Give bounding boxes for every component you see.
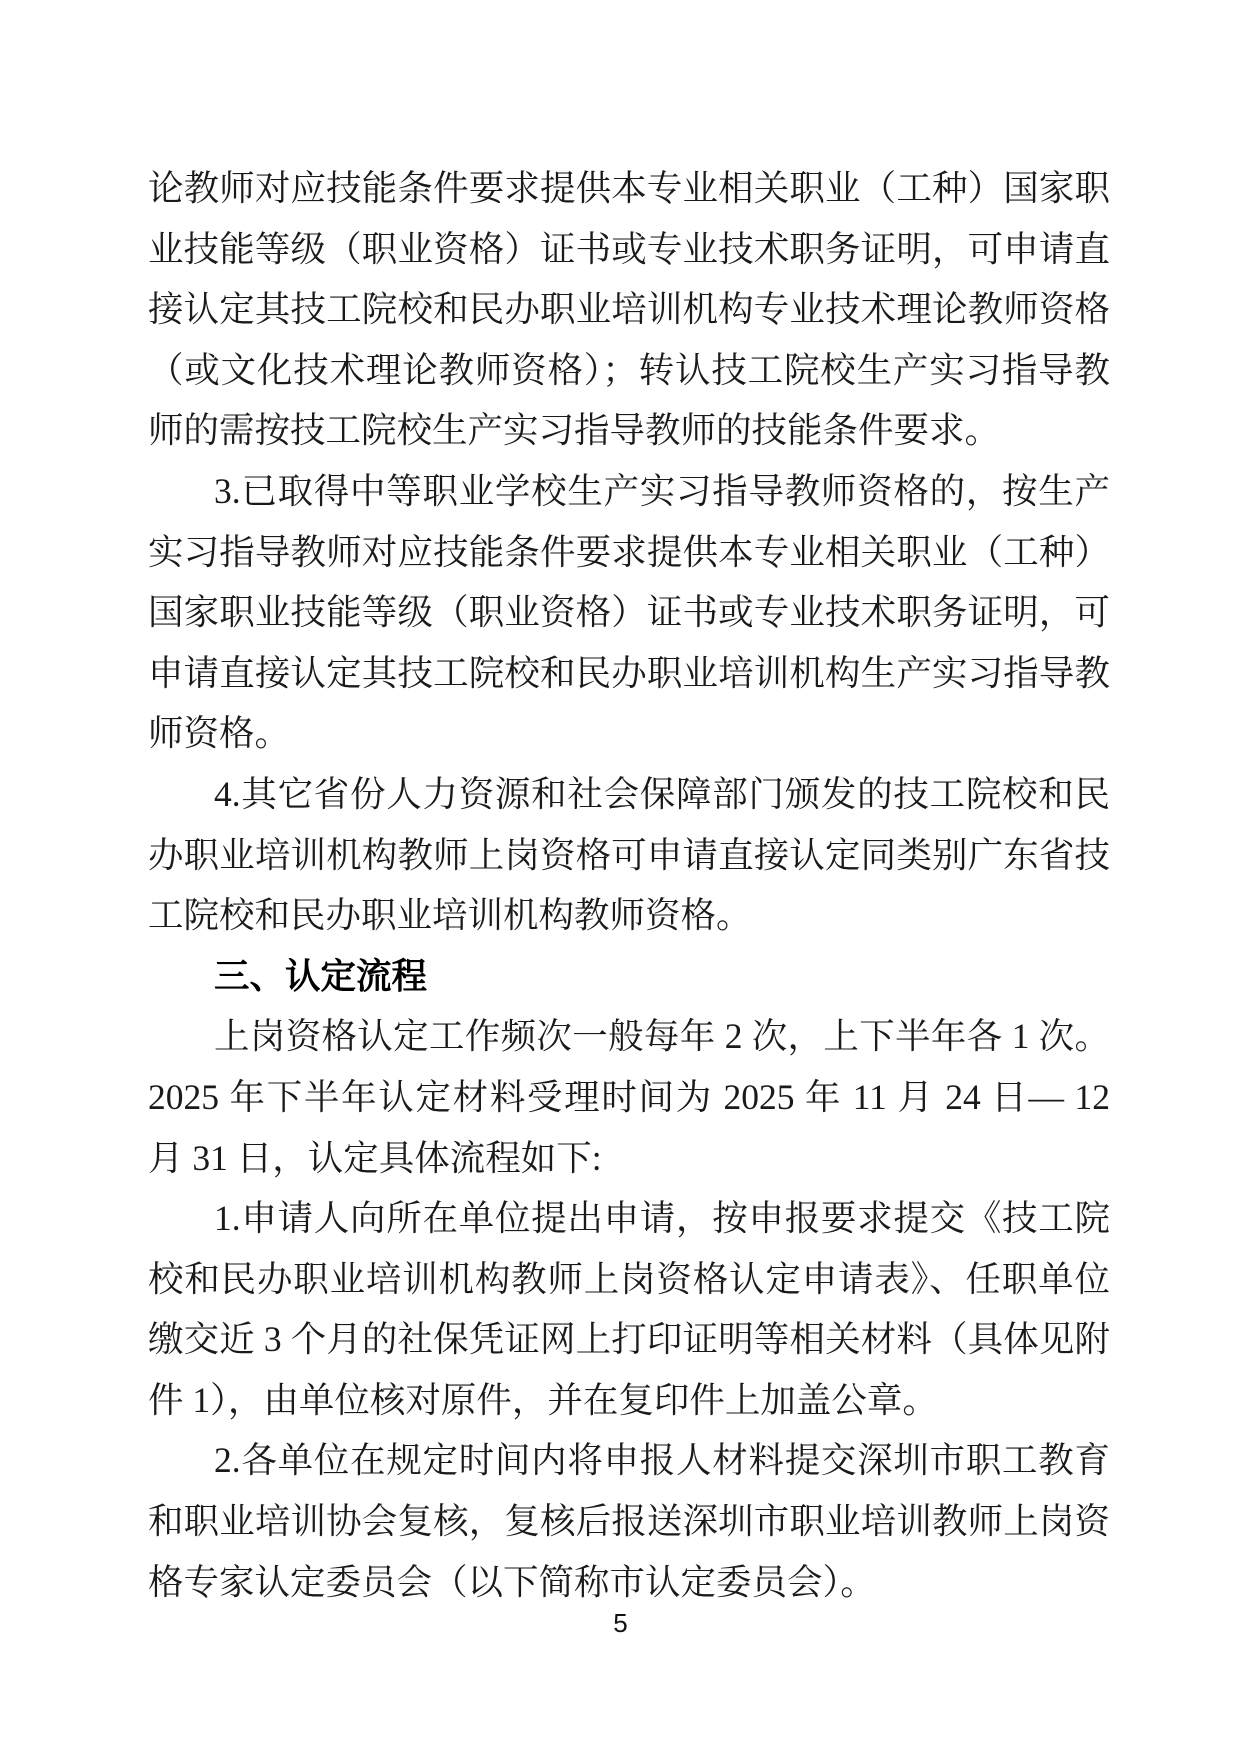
text-line: 师资格。: [148, 703, 1110, 764]
document-content: 论教师对应技能条件要求提供本专业相关职业（工种）国家职 业技能等级（职业资格）证…: [148, 158, 1110, 1612]
text-line: 和职业培训协会复核，复核后报送深圳市职业培训教师上岗资: [148, 1491, 1110, 1552]
text-line: 师的需按技工院校生产实习指导教师的技能条件要求。: [148, 400, 1110, 461]
text-line: 3.已取得中等职业学校生产实习指导教师资格的，按生产: [148, 461, 1110, 522]
document-page: 论教师对应技能条件要求提供本专业相关职业（工种）国家职 业技能等级（职业资格）证…: [0, 0, 1241, 1754]
text-line: 业技能等级（职业资格）证书或专业技术职务证明，可申请直: [148, 219, 1110, 280]
text-line: 2.各单位在规定时间内将申报人材料提交深圳市职工教育: [148, 1430, 1110, 1491]
text-line: 接认定其技工院校和民办职业培训机构专业技术理论教师资格: [148, 279, 1110, 340]
section-heading: 三、认定流程: [148, 946, 1110, 1007]
text-line: 月 31 日，认定具体流程如下:: [148, 1128, 1110, 1189]
text-line: 2025 年下半年认定材料受理时间为 2025 年 11 月 24 日— 12: [148, 1067, 1110, 1128]
text-line: 件 1），由单位核对原件，并在复印件上加盖公章。: [148, 1370, 1110, 1431]
text-line: 上岗资格认定工作频次一般每年 2 次，上下半年各 1 次。: [148, 1006, 1110, 1067]
text-line: 格专家认定委员会（以下简称市认定委员会）。: [148, 1552, 1110, 1613]
text-line: 工院校和民办职业培训机构教师资格。: [148, 885, 1110, 946]
page-footer: 5: [0, 1608, 1241, 1638]
text-line: 1.申请人向所在单位提出申请，按申报要求提交《技工院: [148, 1188, 1110, 1249]
text-line: 国家职业技能等级（职业资格）证书或专业技术职务证明，可: [148, 582, 1110, 643]
page-number: 5: [613, 1608, 627, 1638]
text-line: 实习指导教师对应技能条件要求提供本专业相关职业（工种）: [148, 522, 1110, 583]
text-line: 4.其它省份人力资源和社会保障部门颁发的技工院校和民: [148, 764, 1110, 825]
text-line: （或文化技术理论教师资格）；转认技工院校生产实习指导教: [148, 340, 1110, 401]
text-line: 校和民办职业培训机构教师上岗资格认定申请表》、任职单位: [148, 1249, 1110, 1310]
text-line: 缴交近 3 个月的社保凭证网上打印证明等相关材料（具体见附: [148, 1309, 1110, 1370]
text-line: 论教师对应技能条件要求提供本专业相关职业（工种）国家职: [148, 158, 1110, 219]
text-line: 申请直接认定其技工院校和民办职业培训机构生产实习指导教: [148, 643, 1110, 704]
text-line: 办职业培训机构教师上岗资格可申请直接认定同类别广东省技: [148, 825, 1110, 886]
